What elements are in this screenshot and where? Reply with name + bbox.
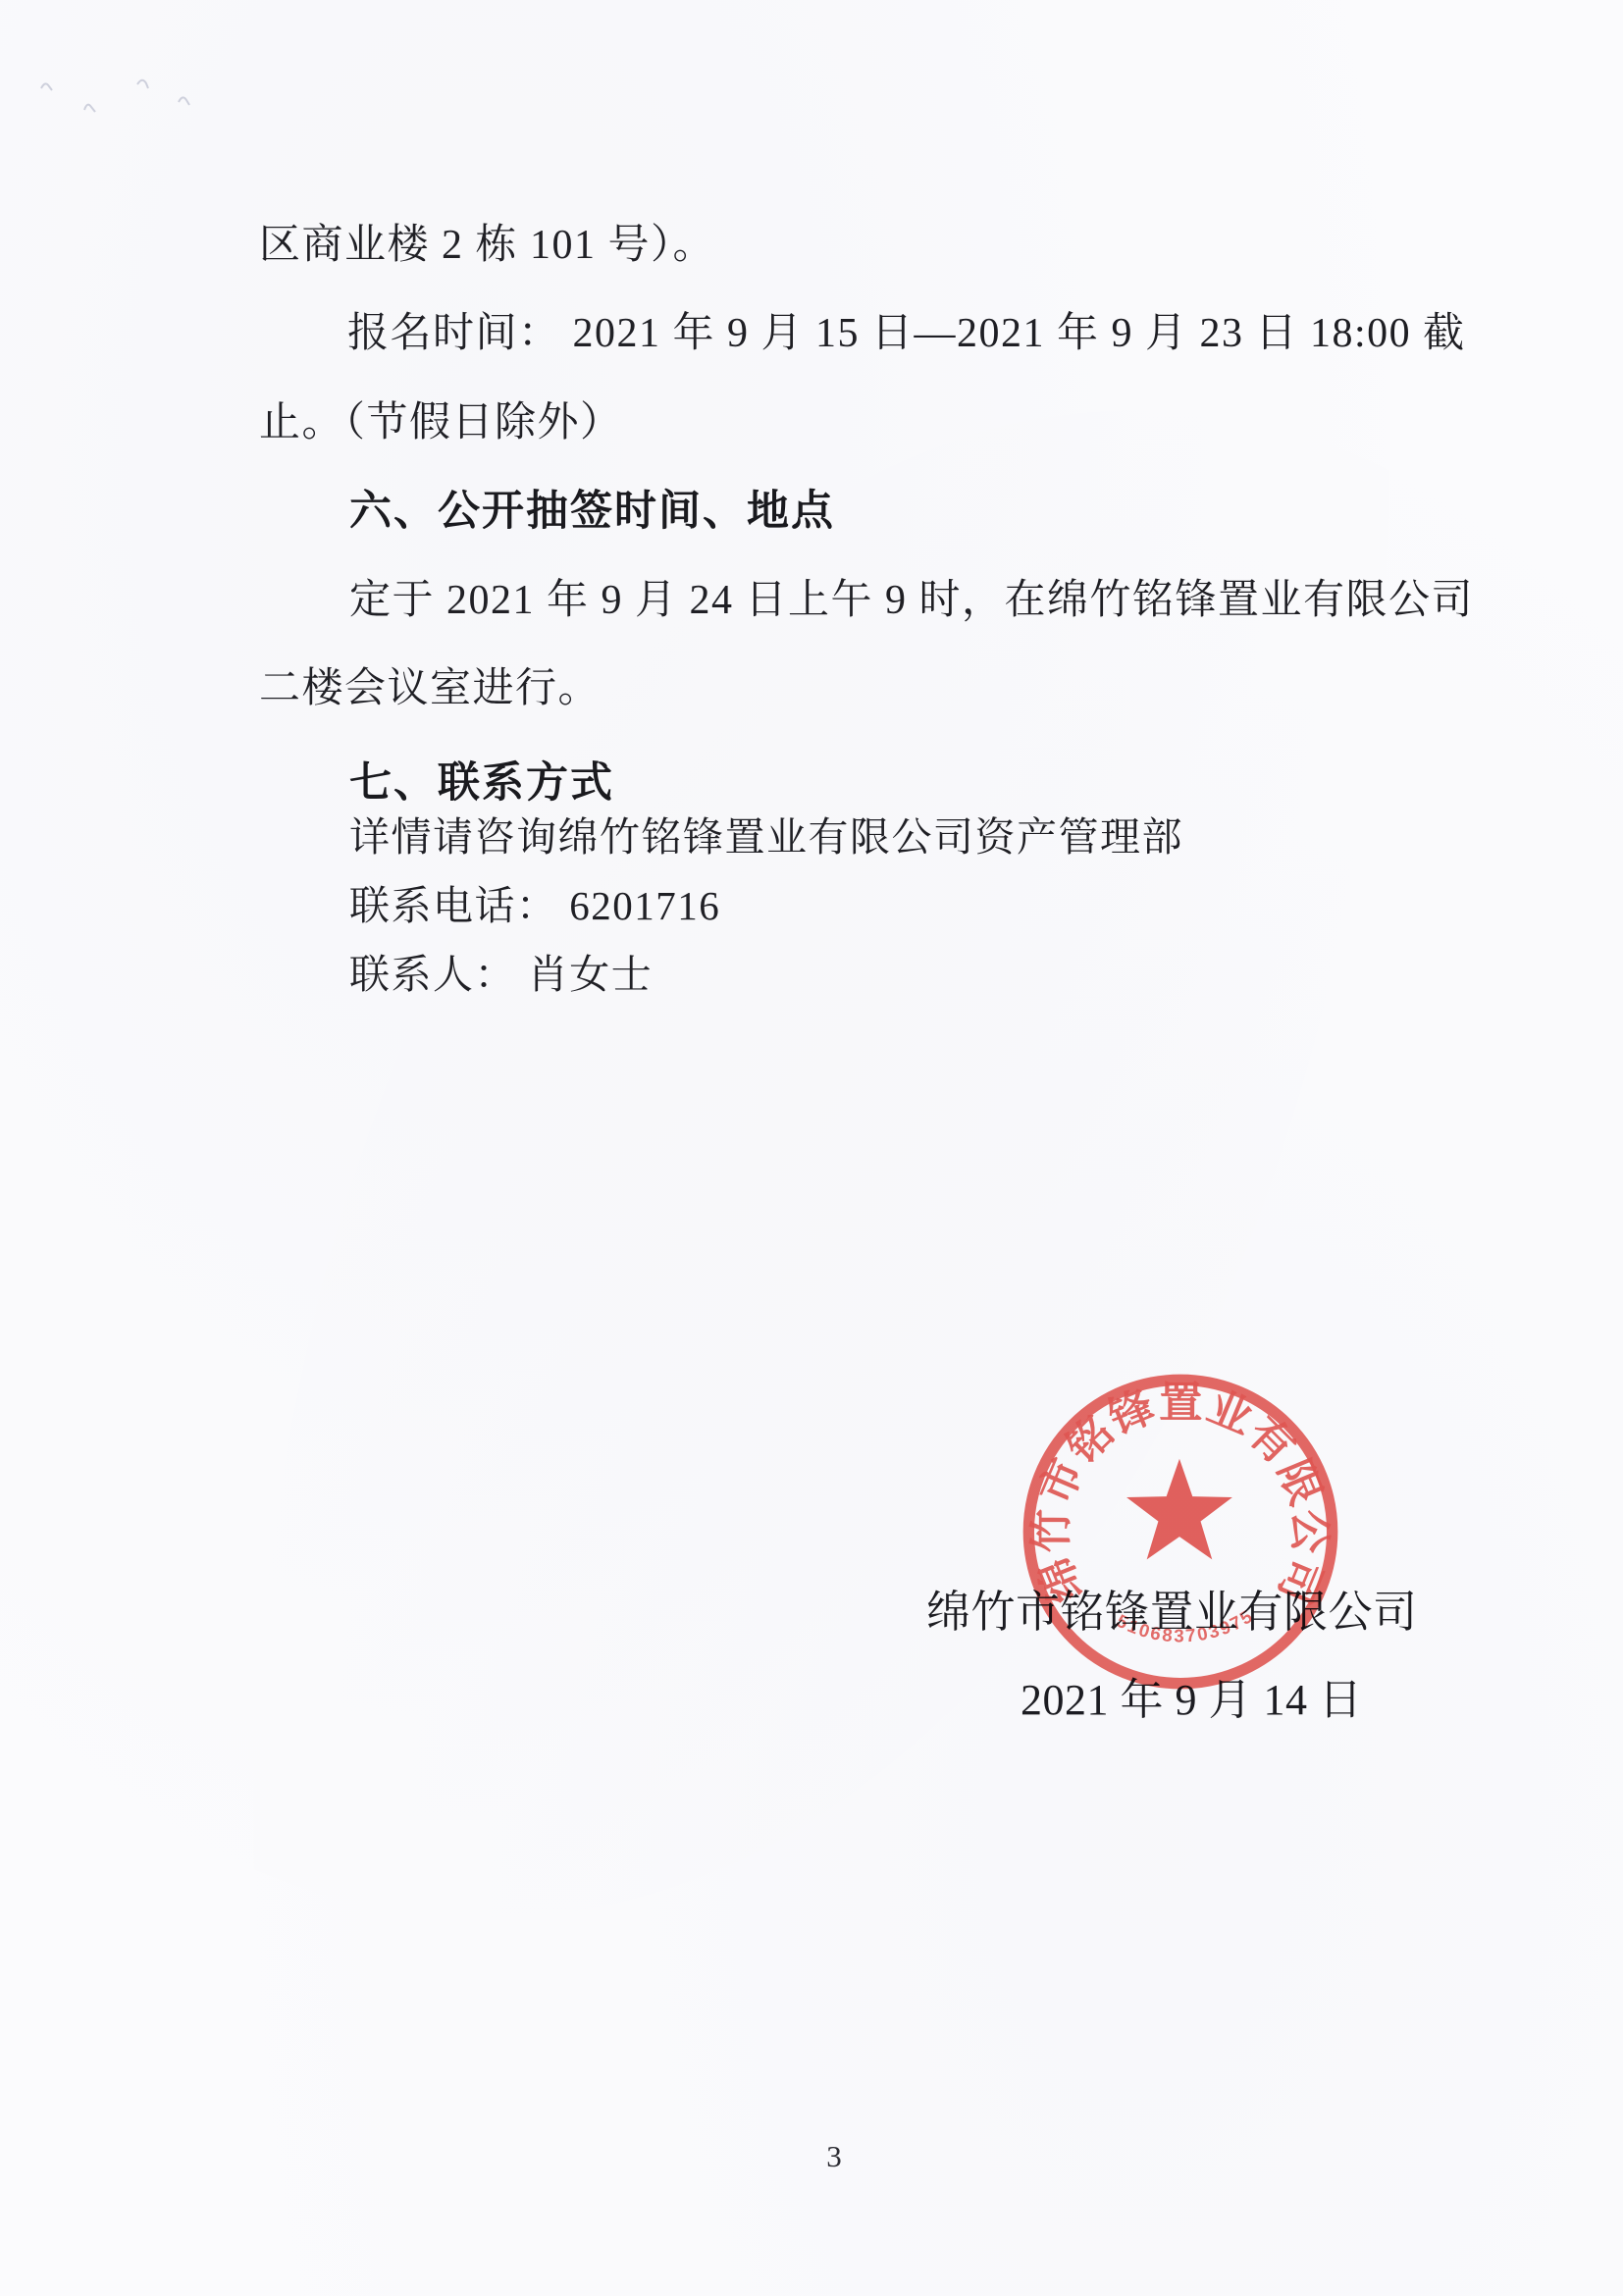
contact-phone-line: 联系电话： 6201716 [349,883,720,929]
section-heading-six: 六、公开抽签时间、地点 [349,488,835,536]
company-seal-stamp: 绵竹市铭锋置业有限公司 5106837039751 [1019,1370,1342,1694]
scanned-document-page: 区商业楼 2 栋 101 号）。 报名时间： 2021 年 9 月 15 日—2… [0,0,1623,2296]
paragraph-address-continuation: 区商业楼 2 栋 101 号）。 [259,222,715,269]
paragraph-registration-time-line2: 止。（节假日除外） [259,399,623,446]
signature-company-name: 绵竹市铭锋置业有限公司 [926,1576,1418,1640]
page-number: 3 [0,2139,1623,2174]
paragraph-lottery-time-line2: 二楼会议室进行。 [259,665,601,712]
seal-graphic: 绵竹市铭锋置业有限公司 5106837039751 [1019,1370,1342,1694]
seal-star-icon [1126,1459,1232,1560]
contact-person-line: 联系人： 肖女士 [349,952,653,998]
section-heading-seven: 七、联系方式 [349,759,614,808]
paragraph-registration-time-line1: 报名时间： 2021 年 9 月 15 日—2021 年 9 月 23 日 18… [347,310,1466,357]
contact-department-line: 详情请咨询绵竹铭锋置业有限公司资产管理部 [349,814,1183,861]
signature-date: 2021 年 9 月 14 日 [1021,1664,1363,1727]
pencil-marks [27,63,224,131]
paragraph-lottery-time-line1: 定于 2021 年 9 月 24 日上午 9 时，在绵竹铭锋置业有限公司 [349,577,1474,624]
